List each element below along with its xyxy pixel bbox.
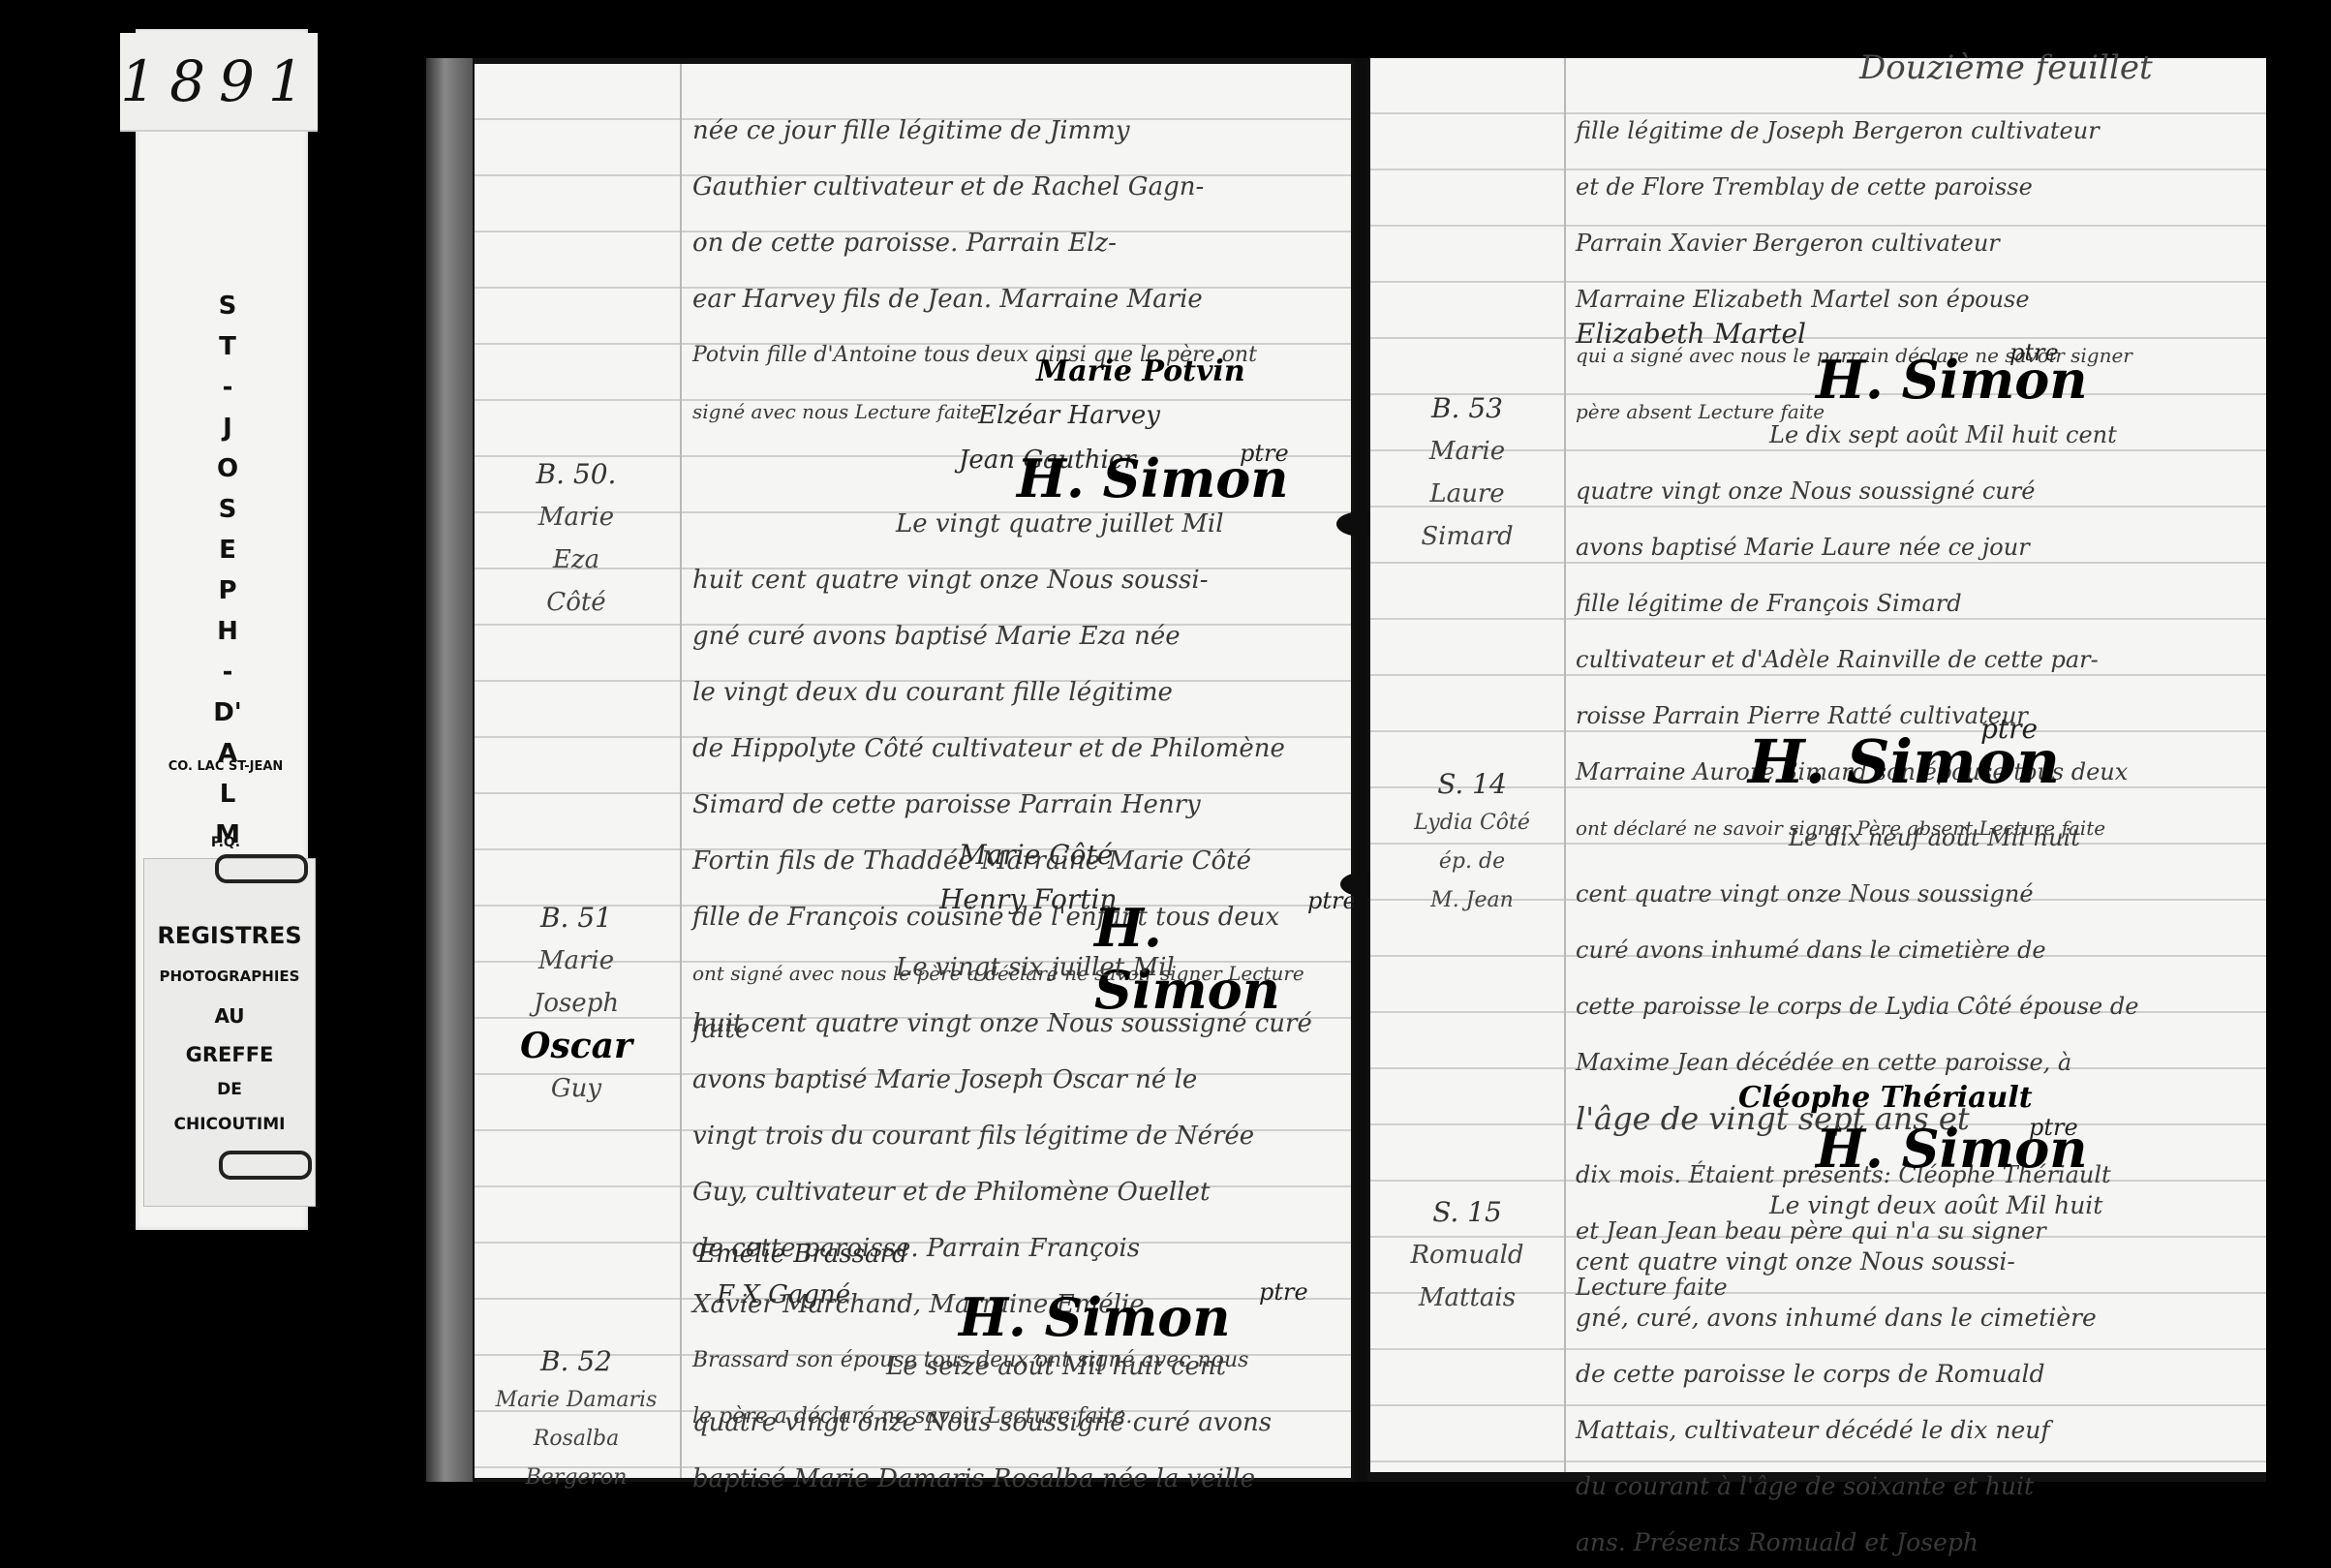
- entry-line: et de Flore Tremblay de cette paroisse: [1576, 159, 2132, 215]
- entry-line: Le vingt quatre juillet Mil: [692, 496, 1304, 552]
- signature: F X Gagné: [717, 1280, 850, 1309]
- parish-letter: H: [217, 611, 238, 652]
- register-book: B. 50. Marie Eza Côté B. 51 Marie Joseph…: [426, 58, 2266, 1482]
- entry-line: huit cent quatre vingt onze Nous soussig…: [692, 996, 1312, 1052]
- margin-name: Marie: [504, 496, 649, 538]
- entry-line: vingt trois du courant fils légitime de …: [692, 1108, 1312, 1164]
- paperclip-icon: [215, 854, 308, 883]
- record-number: B. 52: [494, 1342, 659, 1381]
- card-line: AU: [144, 1004, 315, 1028]
- margin-note-b51: B. 51 Marie Joseph Oscar Guy: [504, 897, 649, 1110]
- province-label: P.Q.: [134, 835, 318, 850]
- parish-letter: -: [223, 367, 233, 408]
- parish-letter: S: [219, 489, 237, 530]
- parish-letter: -: [223, 652, 233, 692]
- margin-rule: [680, 64, 682, 1478]
- entry-line: curé avons inhumé dans le cimetière de: [1576, 922, 2138, 978]
- margin-name: ép. de: [1390, 843, 1554, 881]
- county-label: CO. LAC ST-JEAN: [134, 759, 318, 774]
- margin-name: M. Jean: [1390, 881, 1554, 920]
- entry-line: Gauthier cultivateur et de Rachel Gagn-: [692, 159, 1257, 215]
- card-line: CHICOUTIMI: [144, 1115, 315, 1134]
- entry-line: cultivateur et d'Adèle Rainville de cett…: [1576, 631, 2128, 688]
- record-number: B. 51: [504, 897, 649, 939]
- parish-name-vertical: S T - J O S E P H - D' A L M A: [199, 286, 257, 896]
- entry-line: du courant à l'âge de soixante et huit: [1576, 1459, 2102, 1515]
- entry-line: avons baptisé Marie Joseph Oscar né le: [692, 1052, 1312, 1108]
- signature: Marie Potvin: [1036, 354, 1245, 388]
- entry-line: fille légitime de Joseph Bergeron cultiv…: [1576, 103, 2132, 159]
- entry-line: Mattais, cultivateur décédé le dix neuf: [1576, 1402, 2102, 1459]
- priest-title: ptre: [1259, 1278, 1308, 1306]
- priest-title: ptre: [2029, 1114, 2078, 1141]
- signature: Henry Fortin: [939, 883, 1118, 915]
- card-line: PHOTOGRAPHIES: [144, 968, 315, 985]
- register-entry: Le vingt deux août Mil huit cent quatre …: [1576, 1178, 2102, 1568]
- year-tag: 1891: [120, 33, 318, 132]
- entry-line: Le vingt deux août Mil huit: [1576, 1178, 2102, 1234]
- margin-name: Romuald: [1380, 1234, 1554, 1276]
- margin-note-b52: B. 52 Marie Damaris Rosalba Bergeron: [494, 1342, 659, 1497]
- entry-line: Le dix sept août Mil huit cent: [1576, 407, 2128, 463]
- register-entry: née ce jour fille légitime de Jimmy Gaut…: [692, 103, 1257, 440]
- record-number: B. 50.: [504, 453, 649, 496]
- entry-line: huit cent quatre vingt onze Nous soussi-: [692, 552, 1304, 608]
- margin-note-s15: S. 15 Romuald Mattais: [1380, 1191, 1554, 1319]
- entry-line: Le dix neuf août Mil huit: [1576, 810, 2138, 866]
- margin-name: Marie Damaris: [494, 1381, 659, 1420]
- entry-line: quatre vingt onze Nous soussigné curé: [1576, 463, 2128, 519]
- entry-line: Simard de cette paroisse Parrain Henry: [692, 777, 1304, 833]
- margin-name: Marie: [1390, 430, 1545, 473]
- entry-line: gné curé avons baptisé Marie Eza née: [692, 608, 1304, 664]
- entry-line: ans. Présents Romuald et Joseph: [1576, 1515, 2102, 1568]
- card-line: DE: [144, 1080, 315, 1099]
- priest-title: ptre: [1240, 440, 1289, 467]
- entry-line: Le seize août Mil huit cent: [692, 1338, 1272, 1395]
- margin-name: Simard: [1390, 515, 1545, 558]
- margin-name: Eza: [504, 538, 649, 581]
- entry-line: Le vingt six juillet Mil: [692, 939, 1312, 996]
- priest-title: ptre: [2009, 339, 2059, 366]
- signature: Elzéar Harvey: [978, 401, 1160, 430]
- entry-line: Guy, cultivateur et de Philomène Ouellet: [692, 1164, 1312, 1220]
- record-number: B. 53: [1390, 387, 1545, 430]
- paperclip-icon: [219, 1151, 312, 1180]
- signature: Elizabeth Martel: [1576, 318, 1806, 350]
- record-number: S. 14: [1390, 765, 1554, 804]
- entry-line: cette paroisse le corps de Lydia Côté ép…: [1576, 978, 2138, 1034]
- parish-letter: L: [220, 774, 236, 815]
- card-line: REGISTRES: [144, 922, 315, 949]
- right-page: Douzième feuillet B. 53 Marie Laure Sima…: [1370, 58, 2266, 1472]
- parish-letter: S: [219, 286, 237, 326]
- margin-name: Côté: [504, 581, 649, 624]
- entry-line: cent quatre vingt onze Nous soussi-: [1576, 1234, 2102, 1290]
- margin-name: Guy: [504, 1067, 649, 1110]
- entry-line: née ce jour fille légitime de Jimmy: [692, 103, 1257, 159]
- parish-letter: D': [213, 692, 242, 733]
- entry-line: avons baptisé Marie Laure née ce jour: [1576, 519, 2128, 575]
- margin-name: Laure: [1390, 473, 1545, 515]
- margin-name: Mattais: [1380, 1276, 1554, 1319]
- entry-line: cent quatre vingt onze Nous soussigné: [1576, 866, 2138, 922]
- entry-line: gné, curé, avons inhumé dans le cimetièr…: [1576, 1290, 2102, 1346]
- parish-letter: O: [217, 448, 238, 489]
- entry-line: signé avec nous Lecture faite: [692, 384, 1257, 440]
- register-entry: Le seize août Mil huit cent quatre vingt…: [692, 1338, 1272, 1507]
- entry-line: de Hippolyte Côté cultivateur et de Phil…: [692, 721, 1304, 777]
- entry-line: on de cette paroisse. Parrain Elz-: [692, 215, 1257, 271]
- margin-name: Oscar: [504, 1025, 649, 1067]
- priest-title: ptre: [1980, 713, 2038, 745]
- page-heading: Douzième feuillet: [1859, 48, 2153, 87]
- entry-line: le vingt deux du courant fille légitime: [692, 664, 1304, 721]
- entry-line: ear Harvey fils de Jean. Marraine Marie: [692, 271, 1257, 327]
- parish-letter: J: [223, 408, 232, 448]
- entry-line: fille légitime de François Simard: [1576, 575, 2128, 631]
- parish-letter: E: [219, 530, 236, 570]
- margin-rule: [1564, 58, 1566, 1472]
- book-spine: [1354, 58, 1367, 1482]
- margin-name: Joseph: [504, 982, 649, 1025]
- parish-letter: P: [218, 570, 236, 611]
- margin-name: Rosalba: [494, 1420, 659, 1459]
- margin-note-b50: B. 50. Marie Eza Côté: [504, 453, 649, 624]
- record-number: S. 15: [1380, 1191, 1554, 1234]
- entry-line: quatre vingt onze Nous soussigné curé av…: [692, 1395, 1272, 1451]
- book-binding-edge: [426, 58, 473, 1482]
- margin-name: Marie: [504, 939, 649, 982]
- signature: Marie Côté: [959, 839, 1113, 871]
- entry-line: baptisé Marie Damaris Rosalba née la vei…: [692, 1451, 1272, 1507]
- left-page: B. 50. Marie Eza Côté B. 51 Marie Joseph…: [475, 64, 1351, 1478]
- margin-note-b53: B. 53 Marie Laure Simard: [1390, 387, 1545, 558]
- margin-note-s14: S. 14 Lydia Côté ép. de M. Jean: [1390, 765, 1554, 920]
- parish-letter: T: [219, 326, 236, 367]
- entry-line: de cette paroisse le corps de Romuald: [1576, 1346, 2102, 1402]
- signature: Emélie Brassard: [697, 1240, 908, 1269]
- signature: Cléophe Thériault: [1738, 1081, 2033, 1115]
- entry-line: Parrain Xavier Bergeron cultivateur: [1576, 215, 2132, 271]
- margin-name: Bergeron: [494, 1459, 659, 1497]
- margin-name: Lydia Côté: [1390, 804, 1554, 843]
- card-line: GREFFE: [144, 1043, 315, 1066]
